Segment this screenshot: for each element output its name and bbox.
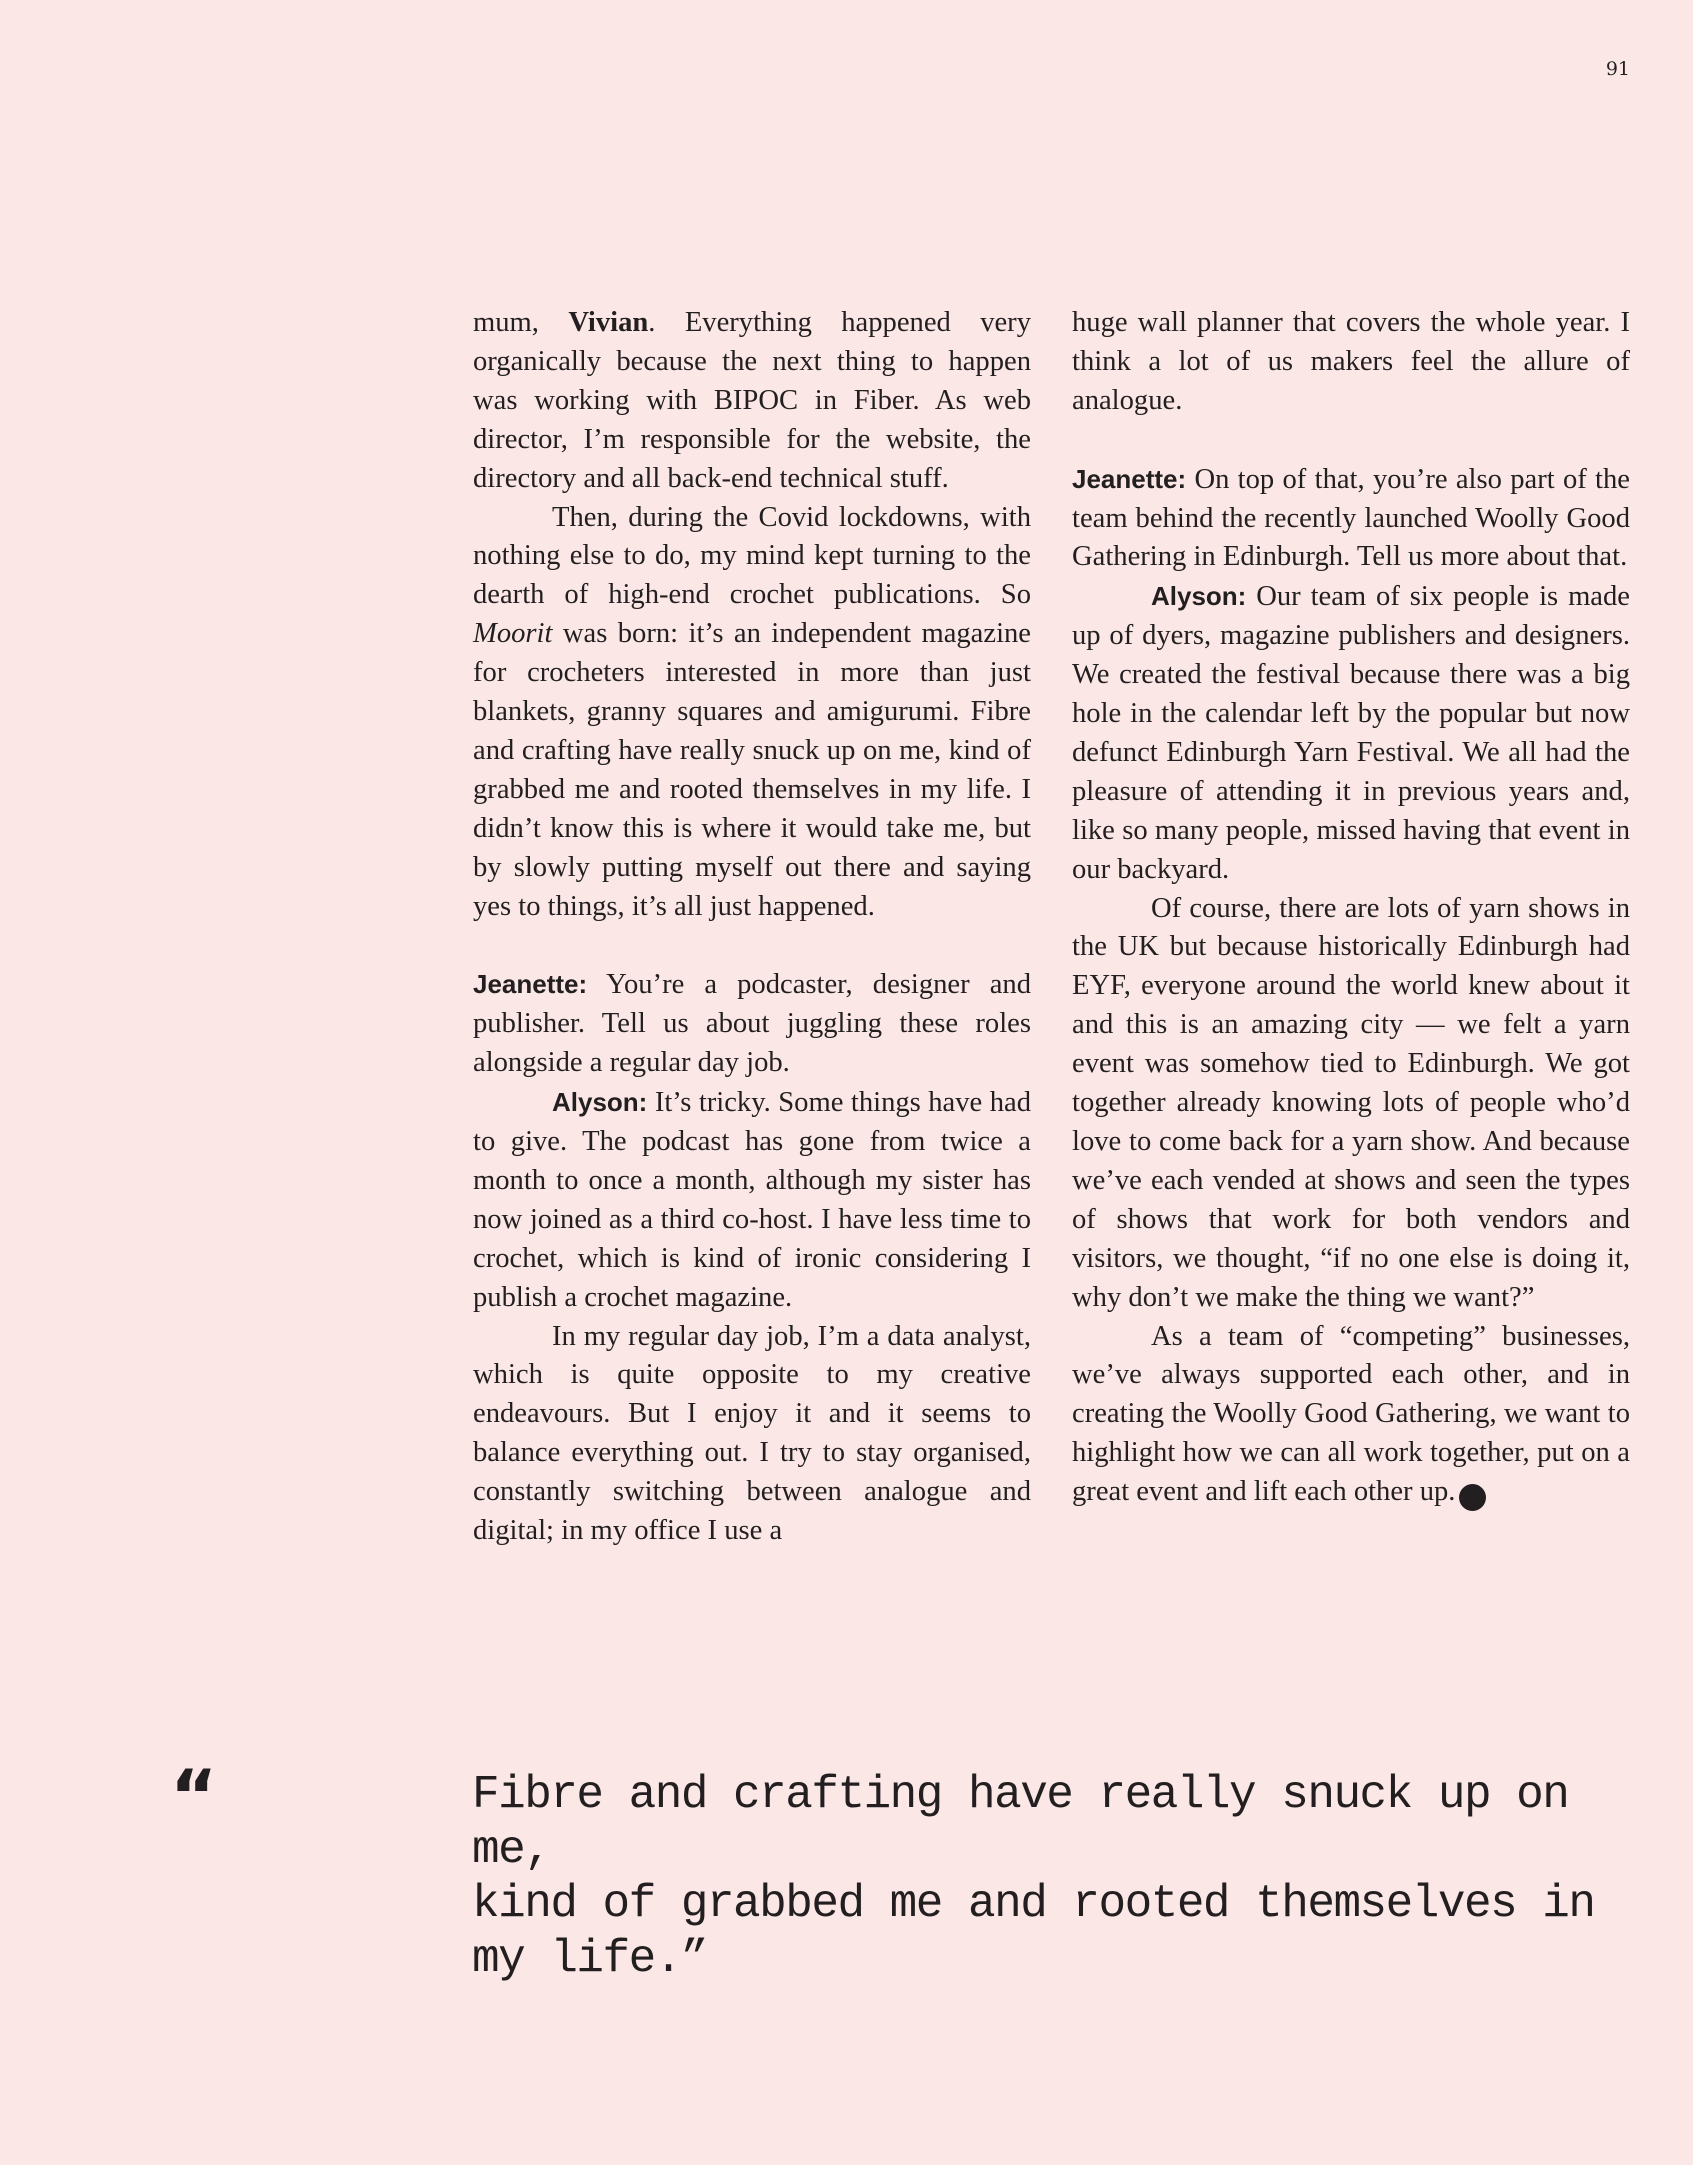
speaker-label: Alyson:	[552, 1087, 647, 1117]
magazine-title: Moorit	[473, 618, 552, 649]
paragraph: In my regular day job, I’m a data analys…	[473, 1318, 1031, 1551]
article-column-left: mum, Vivian. Everything happened very or…	[473, 304, 1031, 1551]
quote-mark-icon: “	[170, 1760, 211, 1832]
article-column-right: huge wall planner that covers the whole …	[1072, 304, 1630, 1512]
paragraph-text: mum,	[473, 307, 568, 338]
paragraph-text: was born: it’s an inde­pendent magazine …	[473, 618, 1031, 921]
end-of-article-icon: L	[1459, 1484, 1486, 1511]
page-number: 91	[1606, 58, 1630, 80]
answer-text: Our team of six people is made up of dye…	[1072, 581, 1630, 884]
paragraph: huge wall planner that covers the whole …	[1072, 304, 1630, 421]
paragraph: Of course, there are lots of yarn shows …	[1072, 890, 1630, 1318]
interview-answer: Alyson: Our team of six people is made u…	[1072, 577, 1630, 889]
interview-answer: Alyson: It’s tricky. Some things have ha…	[473, 1083, 1031, 1317]
pull-quote-line: my life.”	[472, 1932, 1652, 1987]
pull-quote-line: kind of grabbed me and rooted themselves…	[472, 1877, 1652, 1932]
speaker-label: Alyson:	[1151, 581, 1246, 611]
paragraph-text: As a team of “competing” businesses, we’…	[1072, 1321, 1630, 1508]
pull-quote-line: Fibre and crafting have really snuck up …	[472, 1768, 1652, 1877]
pull-quote: Fibre and crafting have really snuck up …	[472, 1768, 1652, 1986]
name-emphasis: Vivian	[568, 307, 648, 338]
paragraph-text: Then, during the Covid lockdowns, with n…	[473, 502, 1031, 611]
speaker-label: Jeanette:	[473, 969, 587, 999]
paragraph: As a team of “competing” businesses, we’…	[1072, 1318, 1630, 1513]
interview-question: Jeanette: You’re a podcaster, designer a…	[473, 965, 1031, 1083]
paragraph: Then, during the Covid lockdowns, with n…	[473, 499, 1031, 927]
paragraph: mum, Vivian. Everything happened very or…	[473, 304, 1031, 499]
answer-text: It’s tricky. Some things have had to giv…	[473, 1087, 1031, 1313]
interview-question: Jeanette: On top of that, you’re also pa…	[1072, 460, 1630, 578]
speaker-label: Jeanette:	[1072, 464, 1186, 494]
